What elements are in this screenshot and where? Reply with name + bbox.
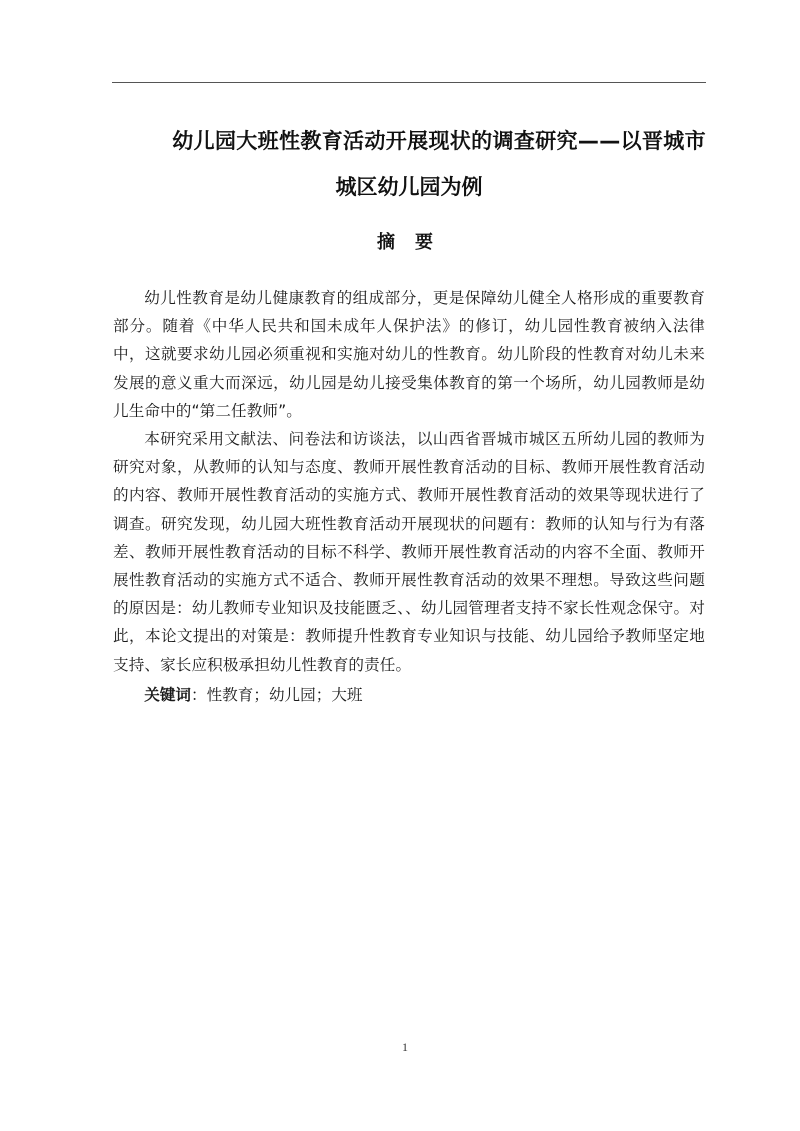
header-rule — [112, 82, 706, 83]
abstract-heading: 摘要 — [0, 228, 800, 254]
keywords-value: ：性教育；幼儿园；大班 — [191, 686, 363, 704]
abstract-heading-char-2: 要 — [415, 232, 433, 253]
abstract-paragraph-1: 幼儿性教育是幼儿健康教育的组成部分，更是保障幼儿健全人格形成的重要教育部分。随着… — [113, 284, 705, 425]
paper-title-line-1: 幼儿园大班性教育活动开展现状的调查研究——以晋城市 — [112, 118, 706, 164]
abstract-body: 幼儿性教育是幼儿健康教育的组成部分，更是保障幼儿健全人格形成的重要教育部分。随着… — [113, 284, 705, 709]
keywords-label: 关键词 — [144, 686, 191, 704]
abstract-heading-char-1: 摘 — [377, 232, 395, 253]
keywords-line: 关键词：性教育；幼儿园；大班 — [113, 681, 705, 709]
page-number: 1 — [0, 1040, 800, 1055]
document-page: 幼儿园大班性教育活动开展现状的调查研究——以晋城市 城区幼儿园为例 摘要 幼儿性… — [0, 0, 800, 1131]
paper-title-line-2: 城区幼儿园为例 — [112, 164, 706, 210]
paper-title: 幼儿园大班性教育活动开展现状的调查研究——以晋城市 城区幼儿园为例 — [112, 118, 706, 210]
abstract-paragraph-2: 本研究采用文献法、问卷法和访谈法，以山西省晋城市城区五所幼儿园的教师为研究对象，… — [113, 425, 705, 679]
